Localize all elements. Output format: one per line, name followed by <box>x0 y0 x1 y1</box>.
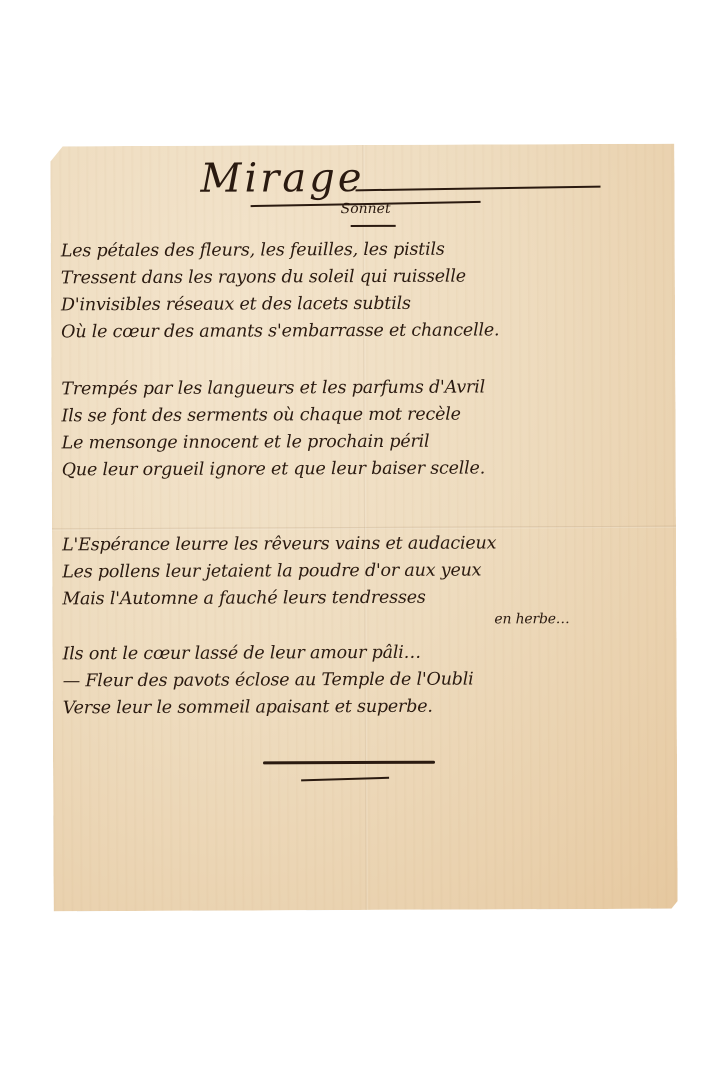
verse-line: Le mensonge innocent et le prochain péri… <box>62 428 672 458</box>
title-underline <box>356 186 601 192</box>
verse-line: Les pétales des fleurs, les feuilles, le… <box>61 236 671 266</box>
verse-line: Ils ont le cœur lassé de leur amour pâli… <box>62 639 672 669</box>
poem-title: Mirage <box>200 155 364 202</box>
stanza-2: Trempés par les langueurs et les parfums… <box>61 374 671 485</box>
verse-line: Que leur orgueil ignore et que leur bais… <box>62 455 672 485</box>
verse-line: L'Espérance leurre les rêveurs vains et … <box>62 530 672 560</box>
manuscript-page: Mirage Sonnet Les pétales des fleurs, le… <box>50 144 677 912</box>
stanza-3: L'Espérance leurre les rêveurs vains et … <box>62 530 672 630</box>
closing-flourish-rule-small <box>301 777 389 781</box>
verse-line: — Fleur des pavots éclose au Temple de l… <box>63 666 673 696</box>
verse-line: Verse leur le sommeil apaisant et superb… <box>63 693 673 723</box>
closing-flourish-rule <box>263 761 435 765</box>
verse-line: Ils se font des serments où chaque mot r… <box>61 401 671 431</box>
verse-line: Mais l'Automne a fauché leurs tendresses <box>62 584 672 614</box>
verse-line: Où le cœur des amants s'embarrasse et ch… <box>61 317 671 347</box>
verse-line: Trempés par les langueurs et les parfums… <box>61 374 671 404</box>
stanza-1: Les pétales des fleurs, les feuilles, le… <box>61 236 671 347</box>
verse-line: D'invisibles réseaux et des lacets subti… <box>61 290 671 320</box>
subtitle-underline <box>351 225 396 227</box>
verse-line-continuation: en herbe… <box>62 611 672 630</box>
stanza-4: Ils ont le cœur lassé de leur amour pâli… <box>62 639 672 723</box>
verse-line: Les pollens leur jetaient la poudre d'or… <box>62 557 672 587</box>
verse-line: Tressent dans les rayons du soleil qui r… <box>61 263 671 293</box>
poem-subtitle: Sonnet <box>341 201 391 217</box>
